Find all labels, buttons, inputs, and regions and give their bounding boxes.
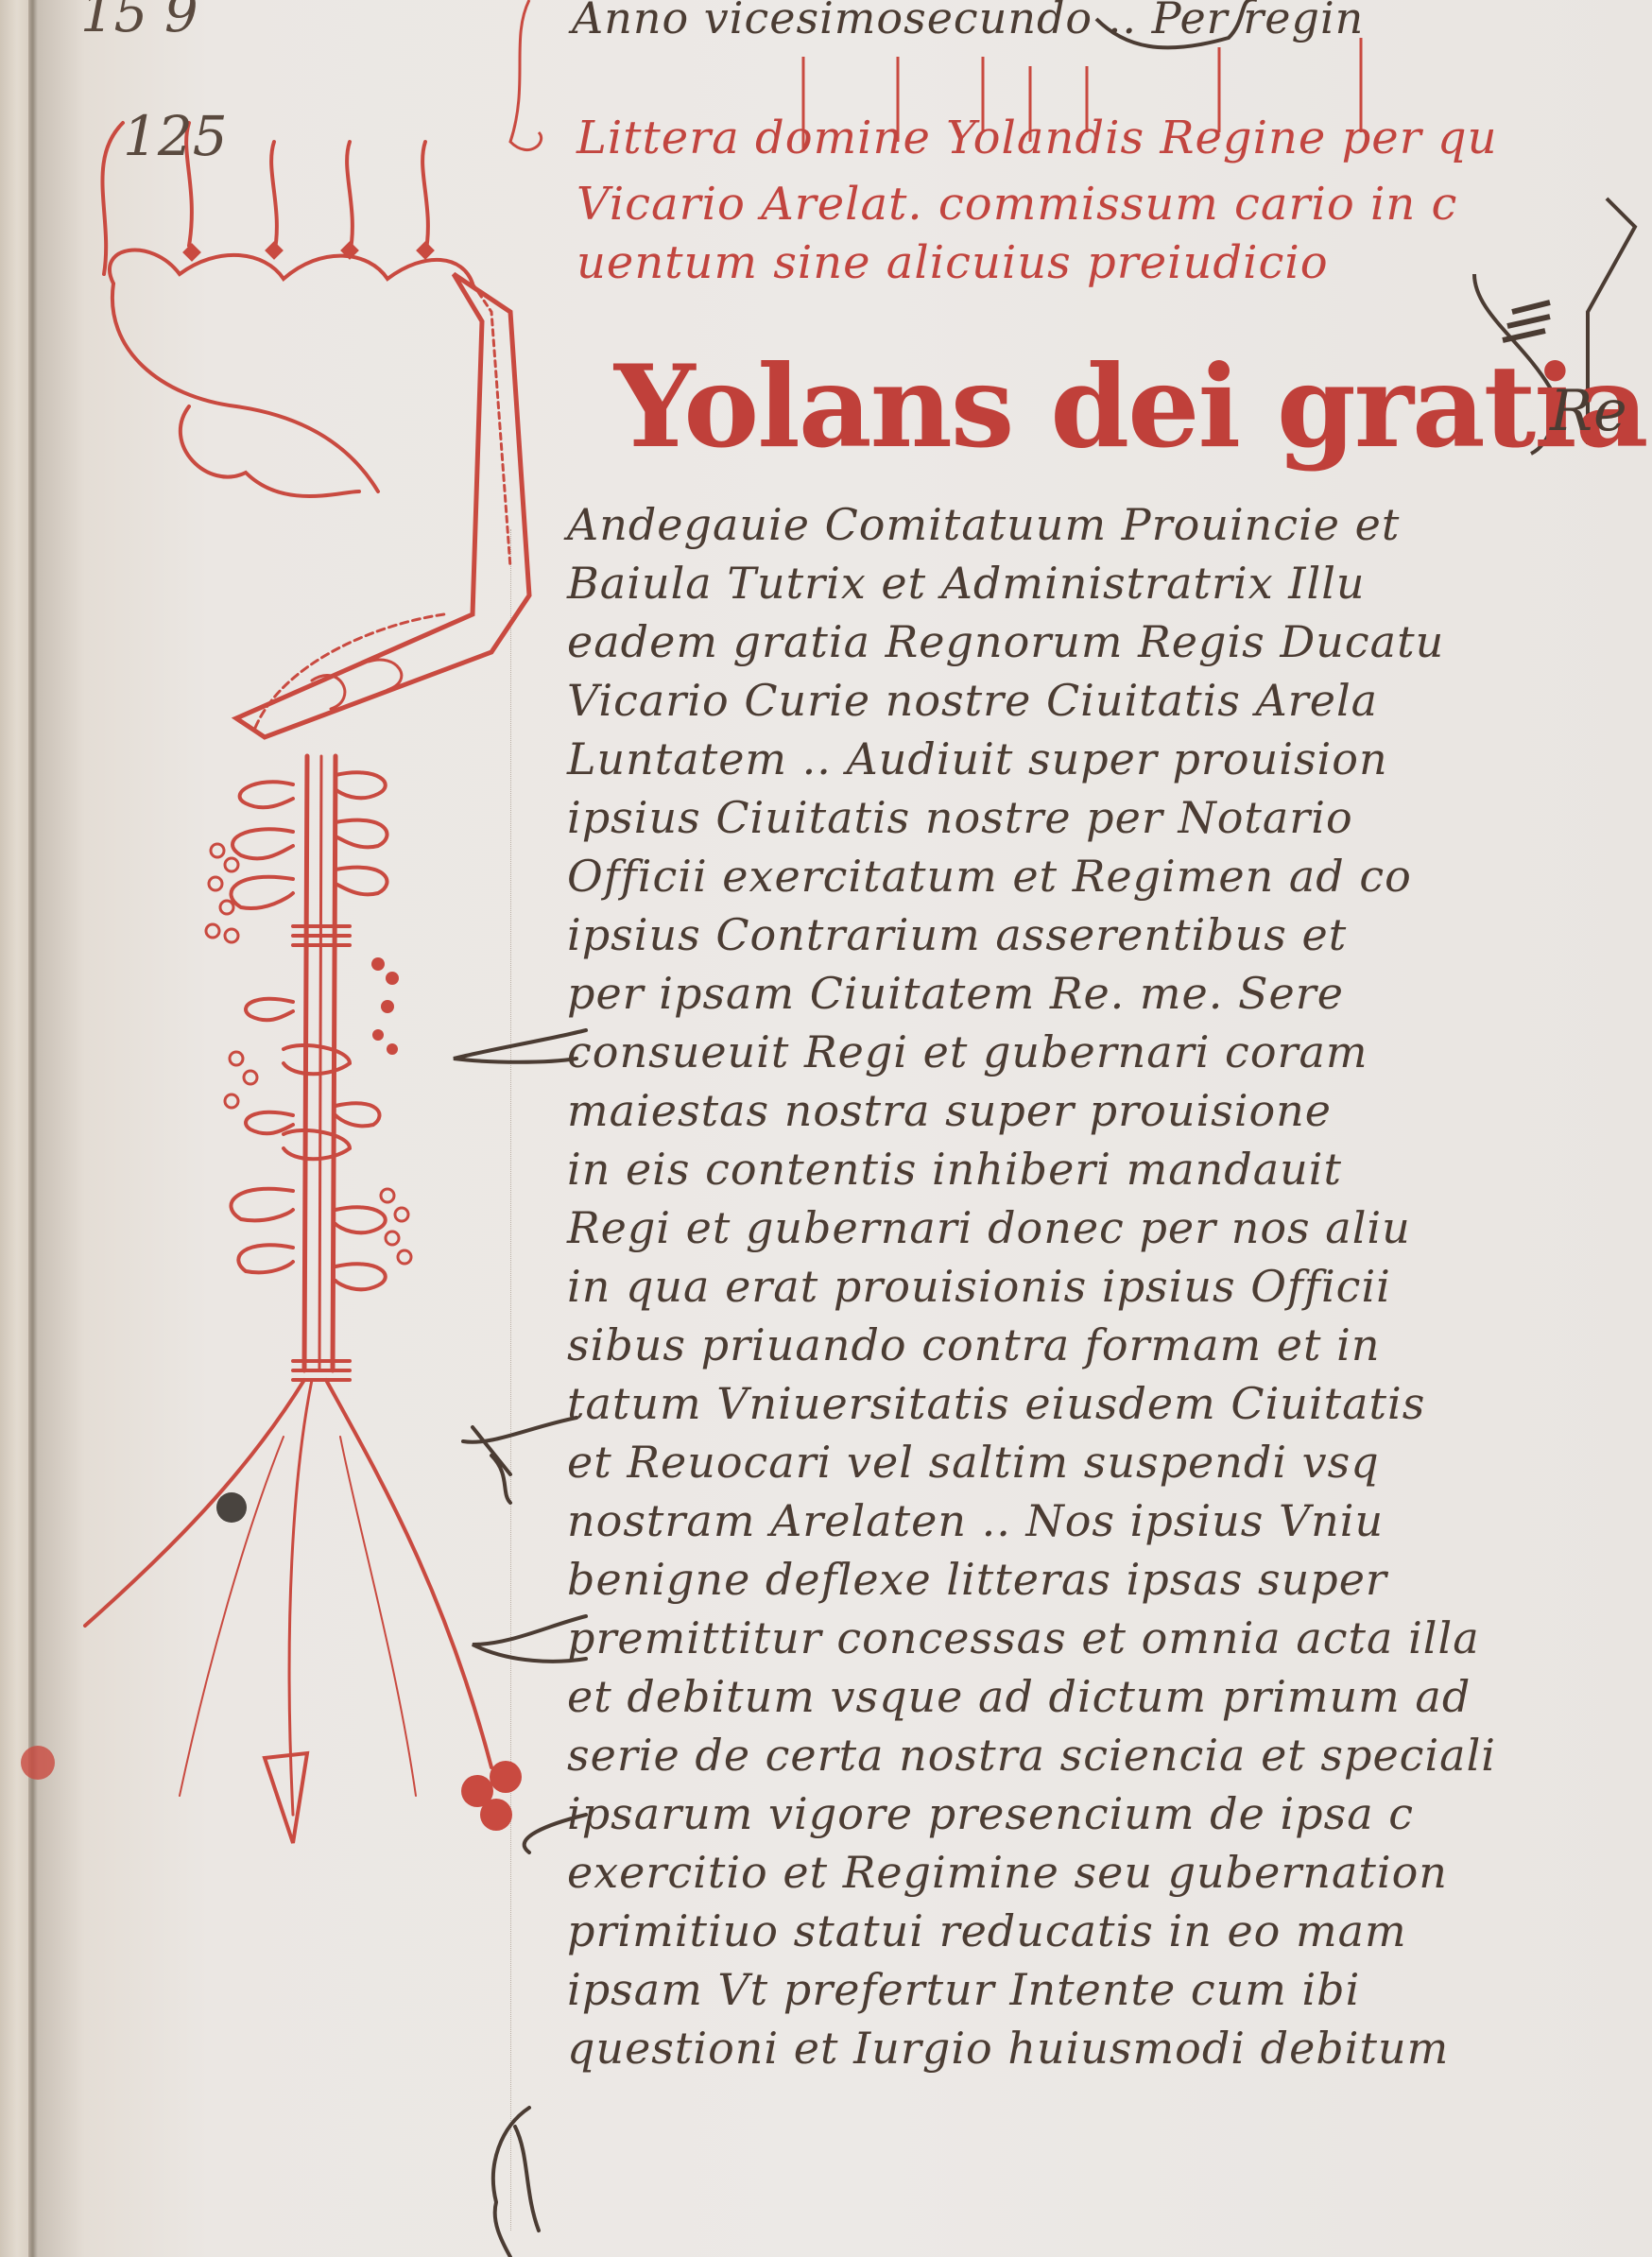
body-line: Luntatem .. Audiuit super prouision (567, 733, 1388, 784)
body-line: premittitur concessas et omnia acta illa (567, 1612, 1480, 1663)
body-line: eadem gratia Regnorum Regis Ducatu (567, 616, 1444, 667)
body-line: ipsius Ciuitatis nostre per Notario (567, 792, 1353, 843)
body-line: tatum Vniuersitatis eiusdem Ciuitatis (567, 1378, 1425, 1429)
rubric-line-3: uentum sine alicuius preiudicio (576, 236, 1329, 289)
body-line: sibus priuando contra formam et in (567, 1319, 1380, 1370)
body-line: nostram Arelaten .. Nos ipsius Vniu (567, 1495, 1384, 1546)
folio-number: 125 (123, 104, 228, 168)
body-line: Regi et gubernari donec per nos aliu (567, 1202, 1411, 1253)
body-line: ipsius Contrarium asserentibus et (567, 909, 1347, 960)
body-line: primitiuo statui reducatis in eo mam (567, 1905, 1407, 1956)
body-line: in qua erat prouisionis ipsius Officii (567, 1261, 1391, 1312)
body-line: ipsarum vigore presencium de ipsa c (567, 1788, 1414, 1839)
body-line: exercitio et Regimine seu gubernation (567, 1847, 1448, 1898)
body-line: in eis contentis inhiberi mandauit (567, 1144, 1342, 1195)
secondary-initial: Re (1550, 378, 1628, 444)
body-line: benigne deflexe litteras ipsas super (567, 1554, 1387, 1605)
rubric-line-2: Vicario Arelat. commissum cario in c (576, 178, 1457, 231)
manuscript-page: 15 9 125 Anno vicesimosecundo .. Per reg… (0, 0, 1652, 2257)
body-line: consueuit Regi et gubernari coram (567, 1026, 1368, 1077)
body-line: et debitum vsque ad dictum primum ad (567, 1671, 1471, 1722)
top-margin-number: 15 9 (80, 0, 198, 44)
body-line: Officii exercitatum et Regimen ad co (567, 851, 1412, 902)
body-line: maiestas nostra super prouisione (567, 1085, 1332, 1136)
body-line: Vicario Curie nostre Ciuitatis Arela (567, 675, 1378, 726)
body-line: questioni et Iurgio huiusmodi debitum (567, 2023, 1449, 2074)
incipit-heading: Yolans dei gratia (614, 340, 1646, 474)
body-line: Baiula Tutrix et Administratrix Illu (567, 558, 1366, 609)
body-line: Andegauie Comitatuum Prouincie et (567, 499, 1400, 550)
body-line: per ipsam Ciuitatem Re. me. Sere (567, 968, 1344, 1019)
body-line: ipsam Vt prefertur Intente cum ibi (567, 1964, 1360, 2015)
body-line: et Reuocari vel saltim suspendi vsq (567, 1437, 1380, 1488)
header-line: Anno vicesimosecundo .. Per regin (572, 0, 1364, 43)
rubric-line-1: Littera domine Yolandis Regine per qu (576, 112, 1498, 164)
body-line: serie de certa nostra sciencia et specia… (567, 1730, 1496, 1781)
